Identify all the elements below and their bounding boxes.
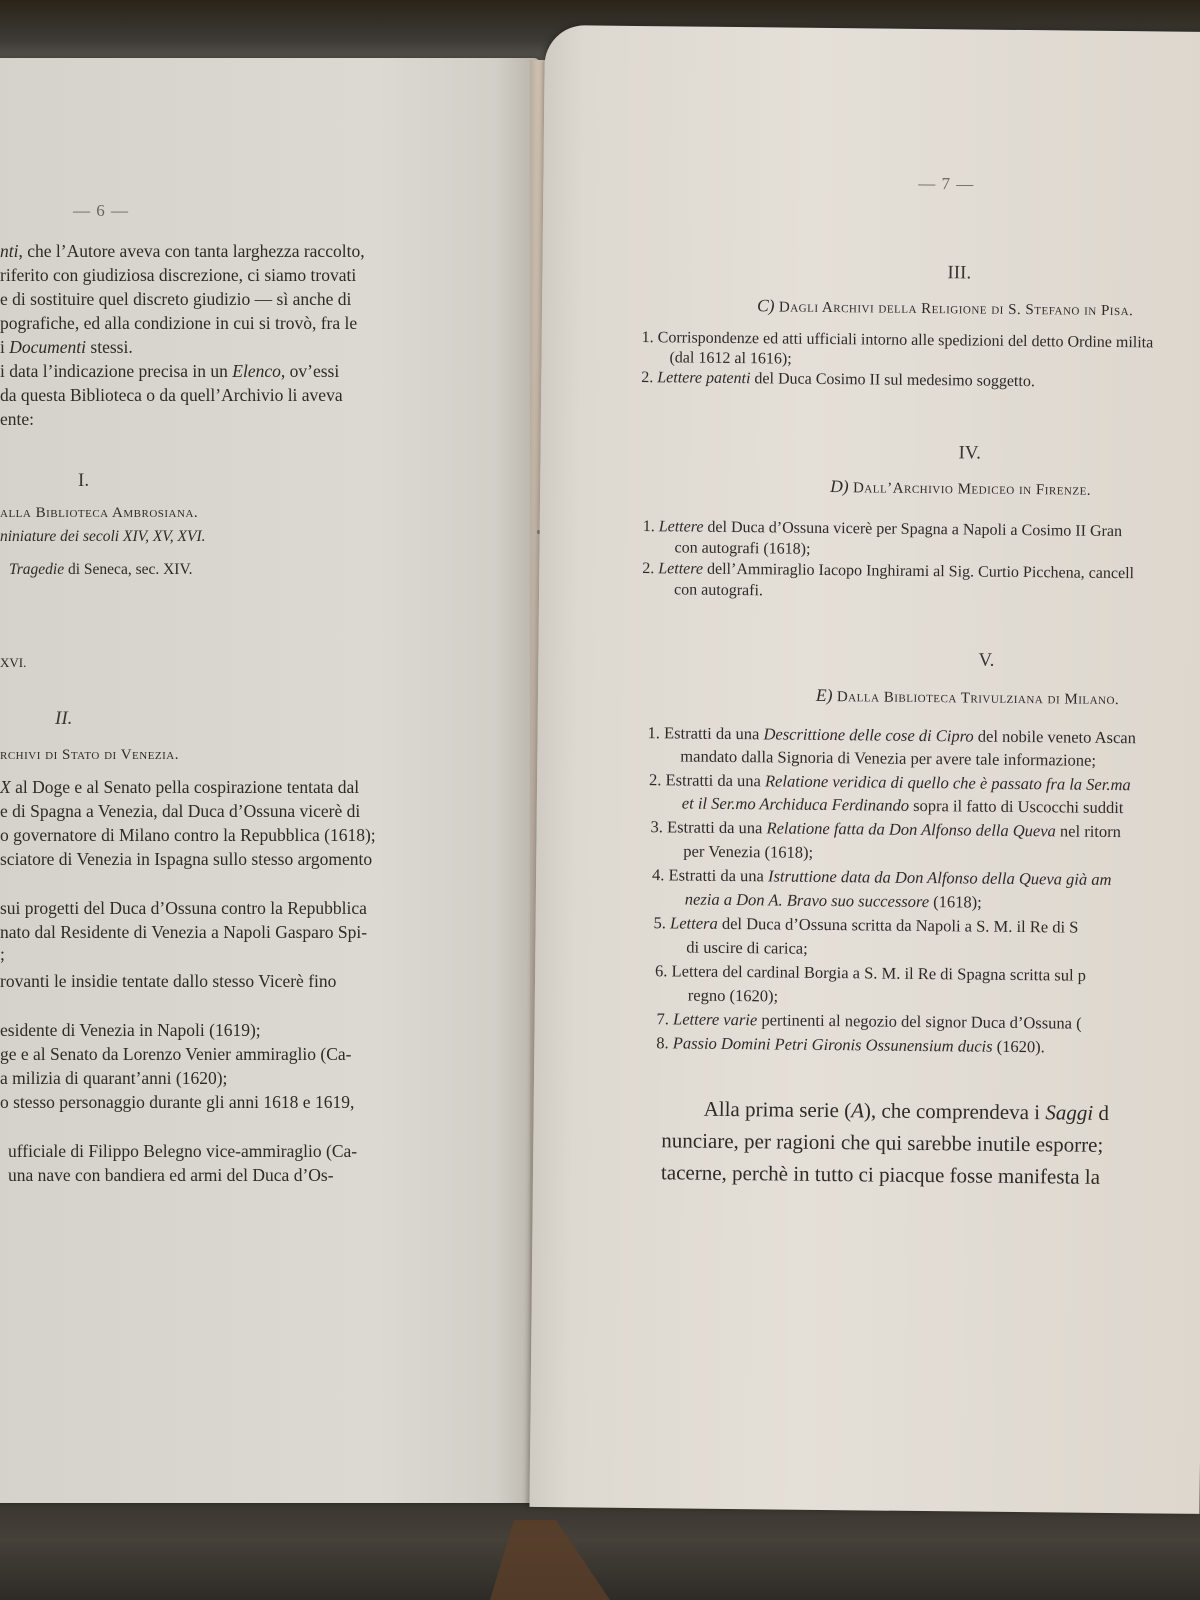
list-item-continuation: nezia a Don A. Bravo suo successore (161…	[685, 890, 982, 913]
text-line: o stesso personaggio durante gli anni 16…	[0, 1092, 354, 1113]
section-heading: rchivi di Stato di Venezia.	[0, 747, 179, 764]
list-item: 1. Estratti da una Descrittione delle co…	[647, 723, 1136, 748]
text-line: riferito con giudiziosa discrezione, ci …	[0, 265, 356, 286]
section-numeral: I.	[78, 470, 89, 492]
text-line: rovanti le insidie tentate dallo stesso …	[0, 971, 336, 992]
section-heading: alla Biblioteca Ambrosiana.	[0, 505, 198, 522]
list-item: Tragedie di Seneca, sec. XIV.	[9, 561, 193, 579]
text-line: tacerne, perchè in tutto ci piacque foss…	[661, 1160, 1100, 1190]
list-item: 4. Estratti da una Istruttione data da D…	[652, 865, 1112, 890]
list-item: 1. Lettere del Duca d’Ossuna vicerè per …	[643, 518, 1122, 541]
list-item-continuation: regno (1620);	[688, 986, 778, 1007]
text-line: i data l’indicazione precisa in un Elenc…	[0, 361, 339, 382]
section-heading: D) Dall’Archivio Mediceo in Firenze.	[830, 476, 1091, 500]
list-item: 2. Estratti da una Relatione veridica di…	[649, 770, 1131, 795]
page-number-right: — 7 —	[918, 174, 974, 195]
text-line: i Documenti stessi.	[0, 337, 133, 358]
list-item-continuation: per Venezia (1618);	[683, 841, 813, 862]
list-item: XVI.	[0, 655, 26, 671]
text-line: ufficiale di Filippo Belegno vice-ammira…	[8, 1141, 357, 1162]
list-item: 3. Estratti da una Relatione fatta da Do…	[651, 817, 1122, 842]
text-line: sui progetti del Duca d’Ossuna contro la…	[0, 898, 367, 919]
text-line: nunciare, per ragioni che qui sarebbe in…	[661, 1128, 1103, 1158]
section-numeral: II.	[55, 708, 72, 730]
section-heading: C) Dagli Archivi della Religione di S. S…	[757, 295, 1133, 320]
list-item: 8. Passio Domini Petri Gironis Ossunensi…	[656, 1033, 1045, 1057]
list-item-continuation: (dal 1612 al 1616);	[669, 349, 791, 368]
text-line: ;	[0, 944, 5, 965]
right-page: — 7 — III. C) Dagli Archivi della Religi…	[529, 25, 1200, 1514]
list-item: 2. Lettere patenti del Duca Cosimo II su…	[641, 369, 1035, 391]
text-line: da questa Biblioteca o da quell’Archivio…	[0, 385, 343, 406]
text-line: ente:	[0, 409, 34, 430]
list-item: 2. Lettere dell’Ammiraglio Iacopo Inghir…	[642, 560, 1134, 583]
text-line: e di Spagna a Venezia, dal Duca d’Ossuna…	[0, 801, 360, 822]
section-numeral: IV.	[958, 442, 981, 464]
text-line: nato dal Residente di Venezia a Napoli G…	[0, 922, 367, 943]
text-line: una nave con bandiera ed armi del Duca d…	[8, 1165, 334, 1186]
list-item-continuation: et il Ser.mo Archiduca Ferdinando sopra …	[682, 793, 1124, 818]
text-line: o governatore di Milano contro la Repubb…	[0, 825, 376, 846]
text-line: pografiche, ed alla condizione in cui si…	[0, 313, 357, 334]
list-item: 5. Lettera del Duca d’Ossuna scritta da …	[653, 913, 1078, 937]
text-line: Alla prima serie (A), che comprendeva i …	[704, 1097, 1110, 1126]
section-numeral: III.	[947, 262, 971, 284]
list-item: niniature dei secoli XIV, XV, XVI.	[0, 528, 205, 546]
section-heading: E) Dalla Biblioteca Trivulziana di Milan…	[816, 685, 1119, 709]
list-item: 7. Lettere varie pertinenti al negozio d…	[656, 1009, 1081, 1033]
text-line: esidente di Venezia in Napoli (1619);	[0, 1020, 261, 1041]
text-line: ge e al Senato da Lorenzo Venier ammirag…	[0, 1044, 352, 1065]
list-item-continuation: con autografi.	[674, 581, 763, 600]
list-item-continuation: di uscire di carica;	[686, 938, 808, 959]
text-line: a milizia di quarant’anni (1620);	[0, 1068, 227, 1089]
left-page: — 6 — nti, che l’Autore aveva con tanta …	[0, 58, 540, 1503]
desk-surface	[0, 1500, 1200, 1600]
text-line: sciatore di Venezia in Ispagna sullo ste…	[0, 849, 372, 870]
text-line: nti, che l’Autore aveva con tanta larghe…	[0, 241, 365, 262]
text-line: e di sostituire quel discreto giudizio —…	[0, 289, 351, 310]
section-numeral: V.	[978, 650, 994, 672]
list-item-continuation: con autografi (1618);	[674, 539, 810, 558]
list-item-continuation: mandato dalla Signoria di Venezia per av…	[680, 746, 1096, 770]
list-item: 6. Lettera del cardinal Borgia a S. M. i…	[655, 961, 1086, 986]
text-line: X al Doge e al Senato pella cospirazione…	[0, 777, 359, 798]
page-number-left: — 6 —	[73, 201, 129, 221]
